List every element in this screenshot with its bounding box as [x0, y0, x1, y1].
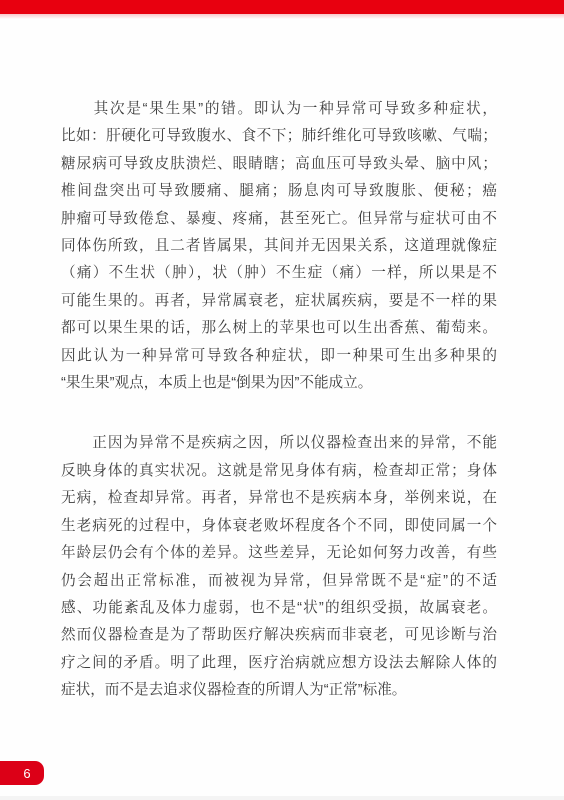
text-line: 无病，检查却异常。再者，异常也不是疾病本身，举例来说，在	[61, 485, 497, 512]
text-line: 年龄层仍会有个体的差异。这些差异，无论如何努力改善，有些	[61, 540, 497, 567]
text-line: 因此认为一种异常可导致各种症状，即一种果可生出多种果的	[61, 343, 497, 370]
text-line: 仍会超出正常标准，而被视为异常，但异常既不是“症”的不适	[61, 568, 497, 595]
text-line: 反映身体的真实状况。这就是常见身体有病，检查却正常；身体	[61, 458, 497, 485]
text-line: 症状，而不是去追求仪器检查的所谓人为“正常”标准。	[61, 677, 497, 704]
paragraph: 正因为异常不是疾病之因，所以仪器检查出来的异常，不能反映身体的真实状况。这就是常…	[61, 430, 497, 704]
text-line: 同体伤所致，且二者皆属果，其间并无因果关系，这道理就像症	[61, 233, 497, 260]
text-line: 可能生果的。再者，异常属衰老，症状属疾病，要是不一样的果	[61, 288, 497, 315]
text-line: 疗之间的矛盾。明了此理，医疗治病就应想方设法去解除人体的	[61, 650, 497, 677]
page-number-badge: 6	[0, 761, 44, 785]
text-line: 然而仪器检查是为了帮助医疗解决疾病而非衰老，可见诊断与治	[61, 622, 497, 649]
text-line: 感、功能紊乱及体力虚弱，也不是“状”的组织受损，故属衰老。	[61, 595, 497, 622]
text-line: “果生果”观点，本质上也是“倒果为因”不能成立。	[61, 370, 497, 397]
page-number: 6	[23, 766, 30, 781]
text-line: 其次是“果生果”的错。即认为一种异常可导致多种症状，	[61, 96, 497, 123]
text-line: 糖尿病可导致皮肤溃烂、眼睛瞎；高血压可导致头晕、脑中风；	[61, 151, 497, 178]
top-accent-bar	[0, 0, 564, 14]
text-line: 椎间盘突出可导致腰痛、腿痛；肠息肉可导致腹胀、便秘；癌	[61, 178, 497, 205]
text-line: 生老病死的过程中，身体衰老败坏程度各个不同，即使同属一个	[61, 513, 497, 540]
bottom-edge-shade	[0, 796, 564, 800]
text-line: （痛）不生状（肿），状（肿）不生症（痛）一样，所以果是不	[61, 260, 497, 287]
text-line: 比如：肝硬化可导致腹水、食不下；肺纤维化可导致咳嗽、气喘；	[61, 123, 497, 150]
text-line: 肿瘤可导致倦怠、暴瘦、疼痛，甚至死亡。但异常与症状可由不	[61, 206, 497, 233]
text-content: 其次是“果生果”的错。即认为一种异常可导致多种症状，比如：肝硬化可导致腹水、食不…	[61, 96, 497, 738]
book-page: 其次是“果生果”的错。即认为一种异常可导致多种症状，比如：肝硬化可导致腹水、食不…	[0, 0, 564, 800]
text-line: 都可以果生果的话，那么树上的苹果也可以生出香蕉、葡萄来。	[61, 315, 497, 342]
paragraph: 其次是“果生果”的错。即认为一种异常可导致多种症状，比如：肝硬化可导致腹水、食不…	[61, 96, 497, 397]
text-line: 正因为异常不是疾病之因，所以仪器检查出来的异常，不能	[61, 430, 497, 457]
